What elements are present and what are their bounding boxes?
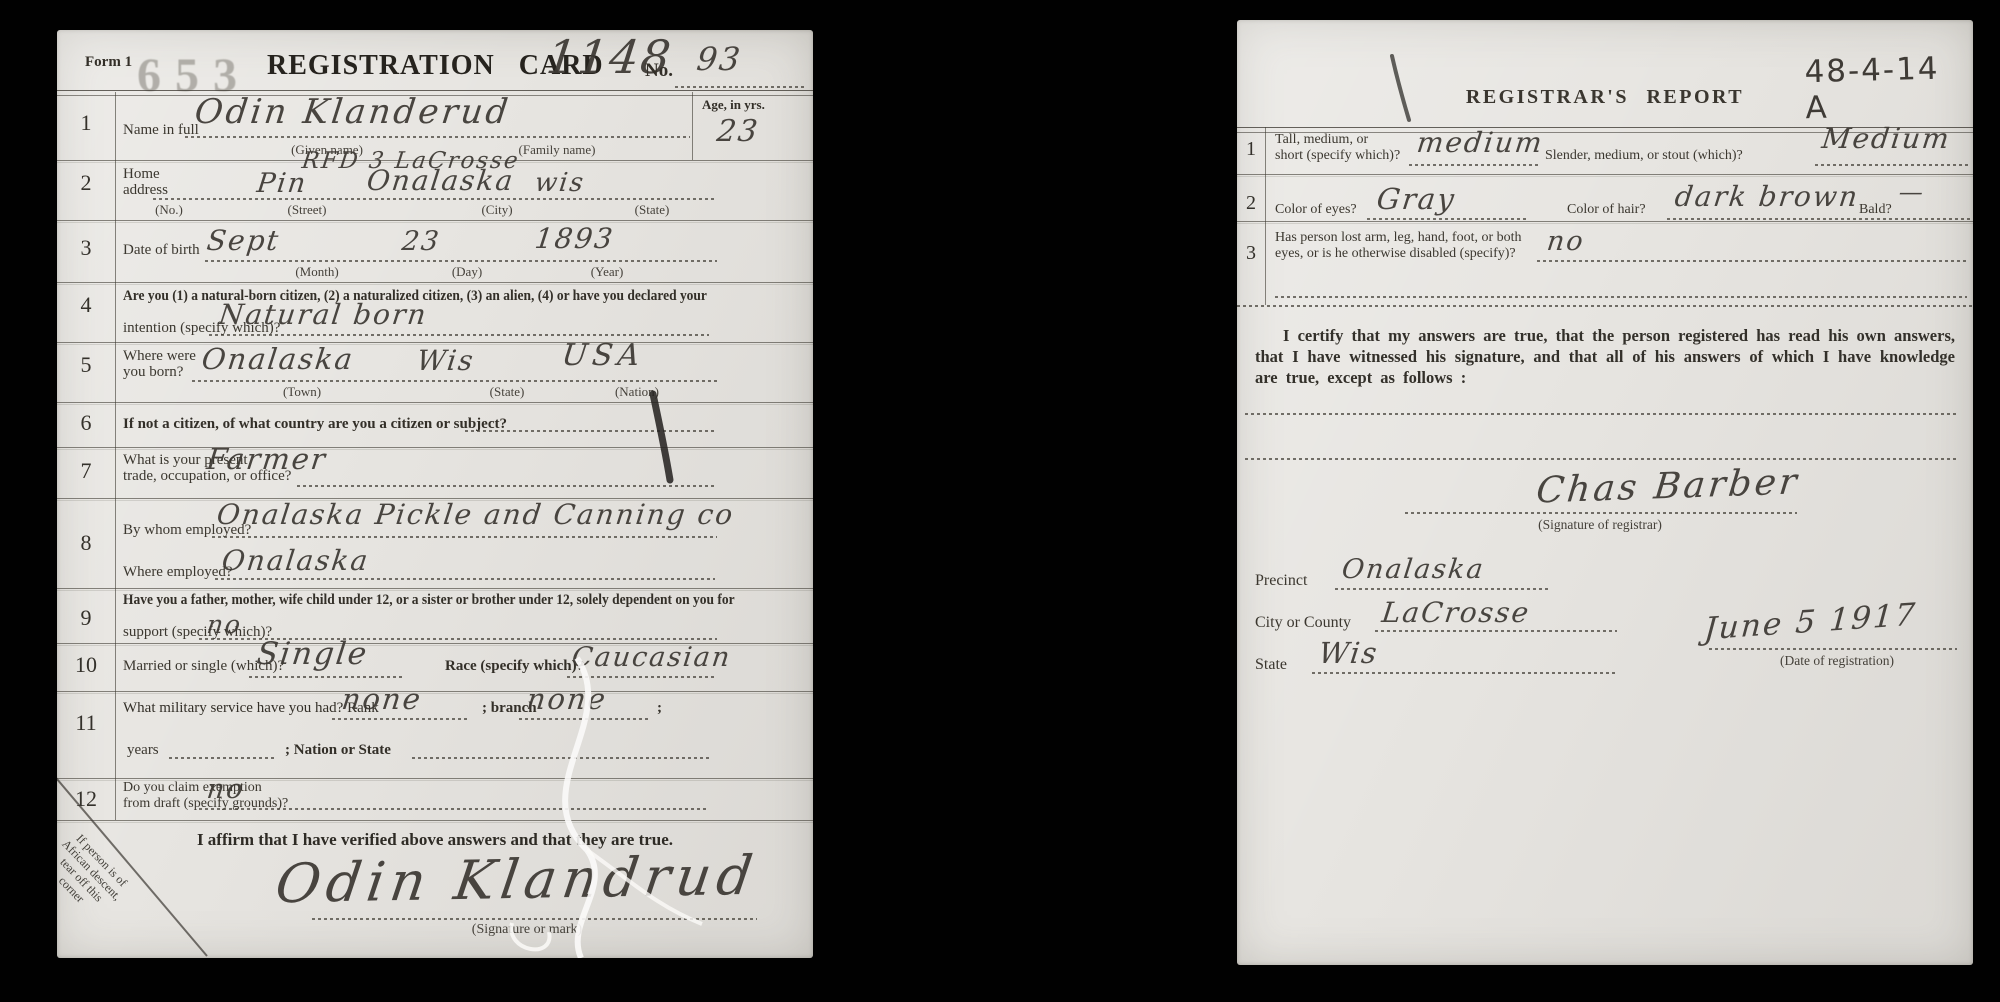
row-separator xyxy=(57,220,813,221)
certification-statement: I certify that my answers are true, that… xyxy=(1255,325,1955,388)
dependents-question-line1: Have you a father, mother, wife child un… xyxy=(123,592,735,609)
married-dotted-line xyxy=(249,676,404,678)
row-number: 2 xyxy=(57,170,115,196)
no-label: No. xyxy=(645,60,673,82)
row-separator xyxy=(57,820,813,821)
signature-dotted-line xyxy=(312,918,757,920)
state-dotted-line xyxy=(1312,672,1617,674)
report-number-column-rule xyxy=(1265,127,1266,305)
height-value-handwritten: medium xyxy=(1415,126,1546,159)
row-separator xyxy=(57,447,813,448)
report-code-stamp: 48-4-14 A xyxy=(1804,50,1974,126)
registrar-signature-handwritten: Chas Barber xyxy=(1534,461,1801,511)
citizen-dotted-line xyxy=(209,334,709,336)
height-label-2: short (specify which)? xyxy=(1275,148,1400,164)
nation-or-state-dotted-line xyxy=(412,757,712,759)
age-value-handwritten: 23 xyxy=(715,114,761,149)
born-town-handwritten: Onalaska xyxy=(200,342,356,376)
employer-value-handwritten: Onalaska Pickle and Canning co xyxy=(215,498,736,531)
disability-extra-dotted-line xyxy=(1275,296,1967,298)
citizen-answer-handwritten: Natural born xyxy=(217,298,430,331)
row-separator xyxy=(1237,221,1973,222)
row-number: 7 xyxy=(57,458,115,484)
bald-label: Bald? xyxy=(1859,202,1892,218)
address-city-handwritten: Onalaska xyxy=(365,164,516,197)
row-separator xyxy=(57,342,813,343)
form-number-label: Form 1 xyxy=(85,54,132,71)
build-dotted-line xyxy=(1815,164,1970,166)
row-number: 1 xyxy=(57,110,115,136)
years-dotted-line xyxy=(169,757,274,759)
dob-month-handwritten: Sept xyxy=(205,224,282,257)
precinct-label: Precinct xyxy=(1255,572,1307,590)
employer-dotted-line xyxy=(212,536,717,538)
row-number: 10 xyxy=(57,652,115,678)
registration-date-sublabel: (Date of registration) xyxy=(1727,653,1947,669)
african-descent-corner-note: If person is of African descent, tear of… xyxy=(21,808,153,942)
branch-value-handwritten: none xyxy=(525,682,609,716)
registration-date-handwritten: June 5 1917 xyxy=(1703,597,1918,648)
row-number: 4 xyxy=(57,292,115,318)
dob-month-sublabel: (Month) xyxy=(252,264,382,280)
rank-value-handwritten: none xyxy=(340,682,424,716)
row-separator xyxy=(57,282,813,283)
born-nation-sublabel: (Nation) xyxy=(577,384,697,400)
years-label: years xyxy=(127,742,159,759)
not-citizen-dotted-line xyxy=(465,430,715,432)
born-state-sublabel: (State) xyxy=(452,384,562,400)
eye-color-label: Color of eyes? xyxy=(1275,202,1357,218)
signature-sublabel: (Signature or mark) xyxy=(427,922,627,938)
race-label: Race (specify which)? xyxy=(445,658,584,675)
number-column-rule xyxy=(115,92,116,820)
exemption-answer-handwritten: no xyxy=(205,774,246,805)
race-dotted-line xyxy=(567,676,717,678)
row-separator xyxy=(57,588,813,589)
dob-day-sublabel: (Day) xyxy=(412,264,522,280)
exemption-dotted-line xyxy=(199,808,709,810)
home-address-label-1: Home xyxy=(123,166,160,183)
height-dotted-line xyxy=(1409,164,1539,166)
report-title: REGISTRAR'S REPORT xyxy=(1405,86,1805,109)
address-state-handwritten: wis xyxy=(533,168,587,198)
born-town-sublabel: (Town) xyxy=(242,384,362,400)
row-separator xyxy=(1237,174,1973,175)
city-county-value-handwritten: LaCrosse xyxy=(1380,596,1532,629)
pen-stroke-artifact xyxy=(653,394,670,480)
state-label: State xyxy=(1255,656,1287,674)
eye-color-value-handwritten: Gray xyxy=(1375,182,1458,216)
age-box-divider xyxy=(692,92,693,160)
row-number: 8 xyxy=(57,530,115,556)
born-nation-handwritten: USA xyxy=(560,338,647,373)
build-value-handwritten: Medium xyxy=(1820,122,1953,155)
disability-value-handwritten: no xyxy=(1545,226,1586,257)
scanned-document-viewer: Form 1 653 REGISTRATION CARD 1148 No. 93… xyxy=(0,0,2000,1002)
row-number: 11 xyxy=(57,710,115,736)
nation-or-state-label: ; Nation or State xyxy=(285,742,391,759)
address-street-handwritten: Pin xyxy=(255,168,309,199)
hair-color-value-handwritten: dark brown xyxy=(1673,180,1861,213)
hair-color-label: Color of hair? xyxy=(1567,202,1646,218)
precinct-dotted-line xyxy=(1335,588,1550,590)
row-number: 3 xyxy=(1237,242,1265,265)
row-number: 9 xyxy=(57,605,115,631)
name-value-handwritten: Odin Klanderud xyxy=(193,92,513,132)
born-label-1: Where were xyxy=(123,348,196,365)
address-street-sublabel: (Street) xyxy=(237,202,377,218)
row-number: 2 xyxy=(1237,192,1265,215)
dob-year-handwritten: 1893 xyxy=(533,222,616,255)
trade-value-handwritten: Farmer xyxy=(205,442,329,476)
dob-label: Date of birth xyxy=(123,242,200,259)
registrars-report-card: REGISTRAR'S REPORT 48-4-14 A 1 Tall, med… xyxy=(1237,20,1973,965)
row-number: 1 xyxy=(1237,138,1265,161)
registrar-signature-dotted-line xyxy=(1405,512,1797,514)
dependents-answer-handwritten: no xyxy=(205,610,244,639)
trade-dotted-line xyxy=(297,485,717,487)
married-value-handwritten: Single xyxy=(255,636,371,672)
city-county-label: City or County xyxy=(1255,614,1351,632)
born-dotted-line xyxy=(192,380,717,382)
row-number: 5 xyxy=(57,352,115,378)
military-semicolon: ; xyxy=(657,700,662,717)
registration-date-dotted-line xyxy=(1709,648,1957,650)
address-state-sublabel: (State) xyxy=(597,202,707,218)
born-state-handwritten: Wis xyxy=(415,344,477,377)
registrant-signature-handwritten: Odin Klandrud xyxy=(212,843,822,916)
race-value-handwritten: Caucasian xyxy=(570,642,733,673)
precinct-value-handwritten: Onalaska xyxy=(1340,554,1486,585)
row-separator xyxy=(57,778,813,779)
branch-dotted-line xyxy=(519,718,649,720)
no-dotted-line xyxy=(675,86,807,88)
age-label: Age, in yrs. xyxy=(702,97,765,113)
disability-label-1: Has person lost arm, leg, hand, foot, or… xyxy=(1275,230,1522,246)
dob-dotted-line xyxy=(205,260,717,262)
row-separator xyxy=(57,691,813,692)
address-no-sublabel: (No.) xyxy=(129,202,209,218)
not-citizen-question: If not a citizen, of what country are yo… xyxy=(123,416,507,433)
row-number: 6 xyxy=(57,410,115,436)
row-number: 3 xyxy=(57,235,115,261)
home-address-label-2: address xyxy=(123,182,168,199)
dob-day-handwritten: 23 xyxy=(400,226,442,257)
disability-dotted-line xyxy=(1537,260,1967,262)
address-city-sublabel: (City) xyxy=(437,202,557,218)
row-number: 12 xyxy=(57,786,115,812)
bald-value-handwritten: — xyxy=(1897,178,1926,206)
name-dotted-line xyxy=(185,136,690,138)
exception-blank-line-2 xyxy=(1245,458,1957,460)
hair-color-dotted-line xyxy=(1667,218,1970,220)
state-value-handwritten: Wis xyxy=(1317,636,1381,670)
born-label-2: you born? xyxy=(123,364,183,381)
where-employed-dotted-line xyxy=(215,578,715,580)
disability-label-2: eyes, or is he otherwise disabled (speci… xyxy=(1275,246,1516,262)
no-value-handwritten: 93 xyxy=(695,40,744,78)
registrar-signature-sublabel: (Signature of registrar) xyxy=(1435,517,1765,533)
where-employed-value-handwritten: Onalaska xyxy=(220,544,371,577)
build-label: Slender, medium, or stout (which)? xyxy=(1545,148,1743,164)
city-county-dotted-line xyxy=(1375,630,1617,632)
address-dotted-line xyxy=(153,198,717,200)
height-label-1: Tall, medium, or xyxy=(1275,132,1368,148)
registration-card: Form 1 653 REGISTRATION CARD 1148 No. 93… xyxy=(57,30,813,958)
eye-color-dotted-line xyxy=(1367,218,1527,220)
row-separator xyxy=(57,402,813,403)
dob-year-sublabel: (Year) xyxy=(552,264,662,280)
rank-dotted-line xyxy=(332,718,467,720)
exception-blank-line-1 xyxy=(1245,413,1957,415)
report-rows-bottom-dashed-rule xyxy=(1237,305,1973,307)
